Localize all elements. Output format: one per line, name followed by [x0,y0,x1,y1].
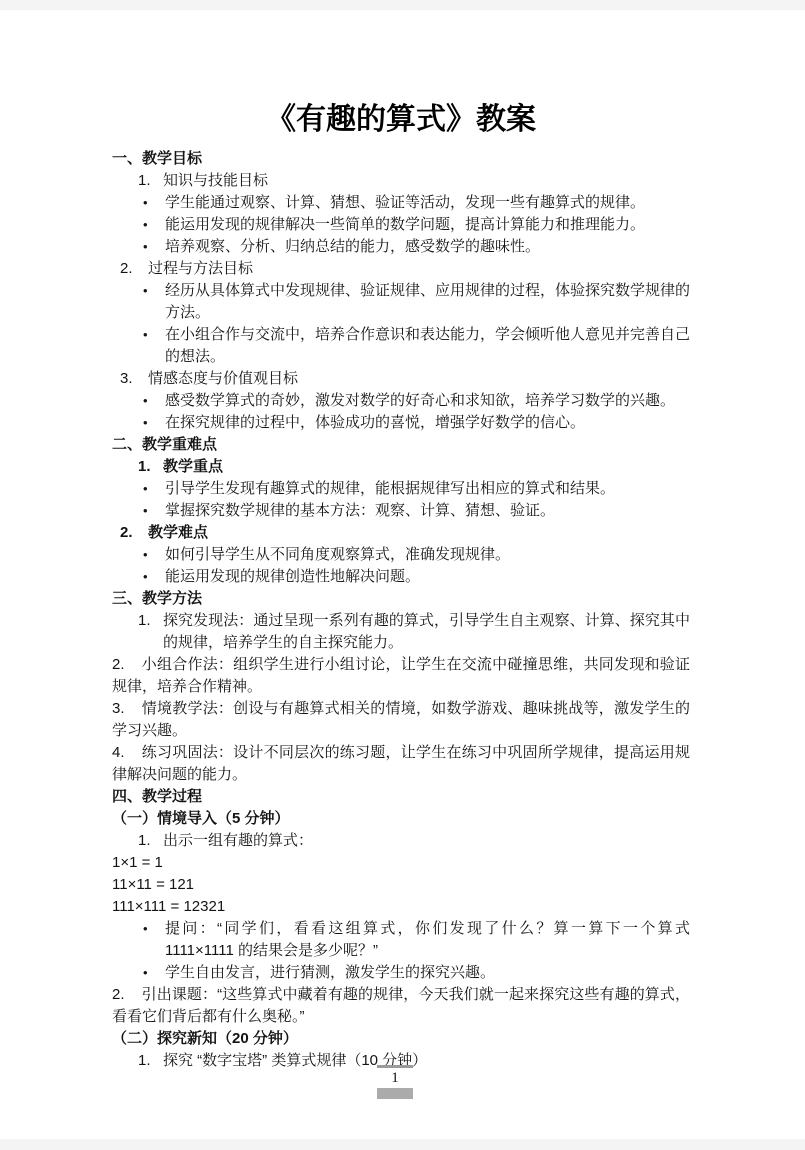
bullet-item: •在探究规律的过程中，体验成功的喜悦，增强学好数学的信心。 [112,412,690,434]
numbered-item: 1.教学重点 [112,456,690,478]
bullet-item: •能运用发现的规律创造性地解决问题。 [112,566,690,588]
paragraph-text: 引导学生发现有趣算式的规律，能根据规律写出相应的算式和结果。 [165,480,615,497]
item-number: 1. [138,830,151,852]
paragraph-text: （一）情境导入（5 分钟） [112,810,290,827]
numbered-item: 4.练习巩固法：设计不同层次的练习题，让学生在练习中巩固所学规律，提高运用规律解… [112,742,690,786]
equation-line: 111×111 = 12321 [112,896,690,918]
paragraph-text: 练习巩固法：设计不同层次的练习题，让学生在练习中巩固所学规律，提高运用规律解决问… [112,744,690,783]
section-heading: 一、教学目标 [112,148,690,170]
numbered-item: 2.小组合作法：组织学生进行小组讨论，让学生在交流中碰撞思维，共同发现和验证规律… [112,654,690,698]
numbered-item: 2.教学难点 [112,522,690,544]
equation-line: 1×1 = 1 [112,852,690,874]
paragraph-text: 在小组合作与交流中，培养合作意识和表达能力，学会倾听他人意见并完善自己的想法。 [165,326,690,365]
item-number: 1. [138,610,151,632]
paragraph-text: 掌握探究数学规律的基本方法：观察、计算、猜想、验证。 [165,502,555,519]
item-number: 3. [112,700,125,717]
numbered-item: 3.情感态度与价值观目标 [112,368,690,390]
document-page: 《有趣的算式》教案 一、教学目标1.知识与技能目标•学生能通过观察、计算、猜想、… [0,10,805,1139]
paragraph-text: 经历从具体算式中发现规律、验证规律、应用规律的过程，体验探究数学规律的方法。 [165,282,690,321]
paragraph-text: 知识与技能目标 [163,172,268,189]
bullet-item: •学生自由发言，进行猜测，激发学生的探究兴趣。 [112,962,690,984]
bullet-icon: • [143,192,148,214]
bullet-icon: • [143,918,148,940]
bullet-icon: • [143,478,148,500]
paragraph-text: 教学难点 [148,524,208,541]
numbered-item: 3.情境教学法：创设与有趣算式相关的情境，如数学游戏、趣味挑战等，激发学生的学习… [112,698,690,742]
paragraph-text: 小组合作法：组织学生进行小组讨论，让学生在交流中碰撞思维，共同发现和验证规律，培… [112,656,690,695]
section-heading: 三、教学方法 [112,588,690,610]
item-number: 1. [138,170,151,192]
bullet-icon: • [143,214,148,236]
paragraph-text: 探究发现法：通过呈现一系列有趣的算式，引导学生自主观察、计算、探究其中的规律，培… [163,612,690,651]
paragraph-text: 二、教学重难点 [112,436,217,453]
numbered-item: 1.知识与技能目标 [112,170,690,192]
paragraph-text: 学生自由发言，进行猜测，激发学生的探究兴趣。 [165,964,495,981]
numbered-item: 2.过程与方法目标 [112,258,690,280]
bullet-icon: • [143,544,148,566]
paragraph-text: 如何引导学生从不同角度观察算式，准确发现规律。 [165,546,510,563]
bullet-icon: • [143,412,148,434]
paragraph-text: 情感态度与价值观目标 [148,370,298,387]
bullet-item: •感受数学算式的奇妙，激发对数学的好奇心和求知欲，培养学习数学的兴趣。 [112,390,690,412]
bullet-icon: • [143,280,148,302]
bullet-item: •能运用发现的规律解决一些简单的数学问题，提高计算能力和推理能力。 [112,214,690,236]
page-footer: 1 [377,1065,413,1099]
item-number: 1. [138,456,151,478]
paragraph-text: 提问：“同学们，看看这组算式，你们发现了什么？算一算下一个算式 1111×111… [165,920,690,959]
bullet-item: •经历从具体算式中发现规律、验证规律、应用规律的过程，体验探究数学规律的方法。 [112,280,690,324]
paragraph-text: 111×111 = 12321 [112,898,225,915]
paragraph-text: 教学重点 [163,458,223,475]
bullet-icon: • [143,566,148,588]
bullet-item: •如何引导学生从不同角度观察算式，准确发现规律。 [112,544,690,566]
subsection-heading: （一）情境导入（5 分钟） [112,808,690,830]
bullet-item: •引导学生发现有趣算式的规律，能根据规律写出相应的算式和结果。 [112,478,690,500]
document-title: 《有趣的算式》教案 [112,102,690,138]
paragraph-text: 感受数学算式的奇妙，激发对数学的好奇心和求知欲，培养学习数学的兴趣。 [165,392,675,409]
bullet-item: •培养观察、分析、归纳总结的能力，感受数学的趣味性。 [112,236,690,258]
paragraph-text: 四、教学过程 [112,788,202,805]
paragraph-text: 培养观察、分析、归纳总结的能力，感受数学的趣味性。 [165,238,540,255]
paragraph-text: 在探究规律的过程中，体验成功的喜悦，增强学好数学的信心。 [165,414,585,431]
item-number: 3. [120,368,133,390]
bullet-icon: • [143,390,148,412]
item-number: 2. [120,258,133,280]
paragraph-text: 学生能通过观察、计算、猜想、验证等活动，发现一些有趣算式的规律。 [165,194,645,211]
paragraph-text: 1×1 = 1 [112,854,163,871]
item-number: 4. [112,744,125,761]
bullet-item: •在小组合作与交流中，培养合作意识和表达能力，学会倾听他人意见并完善自己的想法。 [112,324,690,368]
paragraph-text: 引出课题：“这些算式中藏着有趣的规律，今天我们就一起来探究这些有趣的算式，看看它… [112,986,690,1025]
paragraph-text: 能运用发现的规律解决一些简单的数学问题，提高计算能力和推理能力。 [165,216,645,233]
paragraph-text: 11×11 = 121 [112,876,194,893]
section-heading: 四、教学过程 [112,786,690,808]
numbered-item: 2.引出课题：“这些算式中藏着有趣的规律，今天我们就一起来探究这些有趣的算式，看… [112,984,690,1028]
numbered-item: 1.出示一组有趣的算式： [112,830,690,852]
bullet-icon: • [143,324,148,346]
page-number: 1 [377,1068,413,1088]
bullet-icon: • [143,500,148,522]
bullet-item: •提问：“同学们，看看这组算式，你们发现了什么？算一算下一个算式 1111×11… [112,918,690,962]
item-number: 2. [112,986,125,1003]
document-body: 《有趣的算式》教案 一、教学目标1.知识与技能目标•学生能通过观察、计算、猜想、… [0,10,805,1072]
item-number: 1. [138,1050,151,1072]
footer-bar [377,1088,413,1099]
section-heading: 二、教学重难点 [112,434,690,456]
paragraph-text: （二）探究新知（20 分钟） [112,1030,298,1047]
item-number: 2. [112,656,125,673]
paragraph-text: 过程与方法目标 [148,260,253,277]
paragraph-text: 情境教学法：创设与有趣算式相关的情境，如数学游戏、趣味挑战等，激发学生的学习兴趣… [112,700,690,739]
paragraph-text: 出示一组有趣的算式： [163,832,313,849]
bullet-icon: • [143,236,148,258]
paragraph-text: 三、教学方法 [112,590,202,607]
bullet-item: •学生能通过观察、计算、猜想、验证等活动，发现一些有趣算式的规律。 [112,192,690,214]
numbered-item: 1.探究发现法：通过呈现一系列有趣的算式，引导学生自主观察、计算、探究其中的规律… [112,610,690,654]
bullet-item: •掌握探究数学规律的基本方法：观察、计算、猜想、验证。 [112,500,690,522]
subsection-heading: （二）探究新知（20 分钟） [112,1028,690,1050]
paragraph-text: 能运用发现的规律创造性地解决问题。 [165,568,420,585]
equation-line: 11×11 = 121 [112,874,690,896]
item-number: 2. [120,522,133,544]
bullet-icon: • [143,962,148,984]
paragraph-text: 一、教学目标 [112,150,202,167]
